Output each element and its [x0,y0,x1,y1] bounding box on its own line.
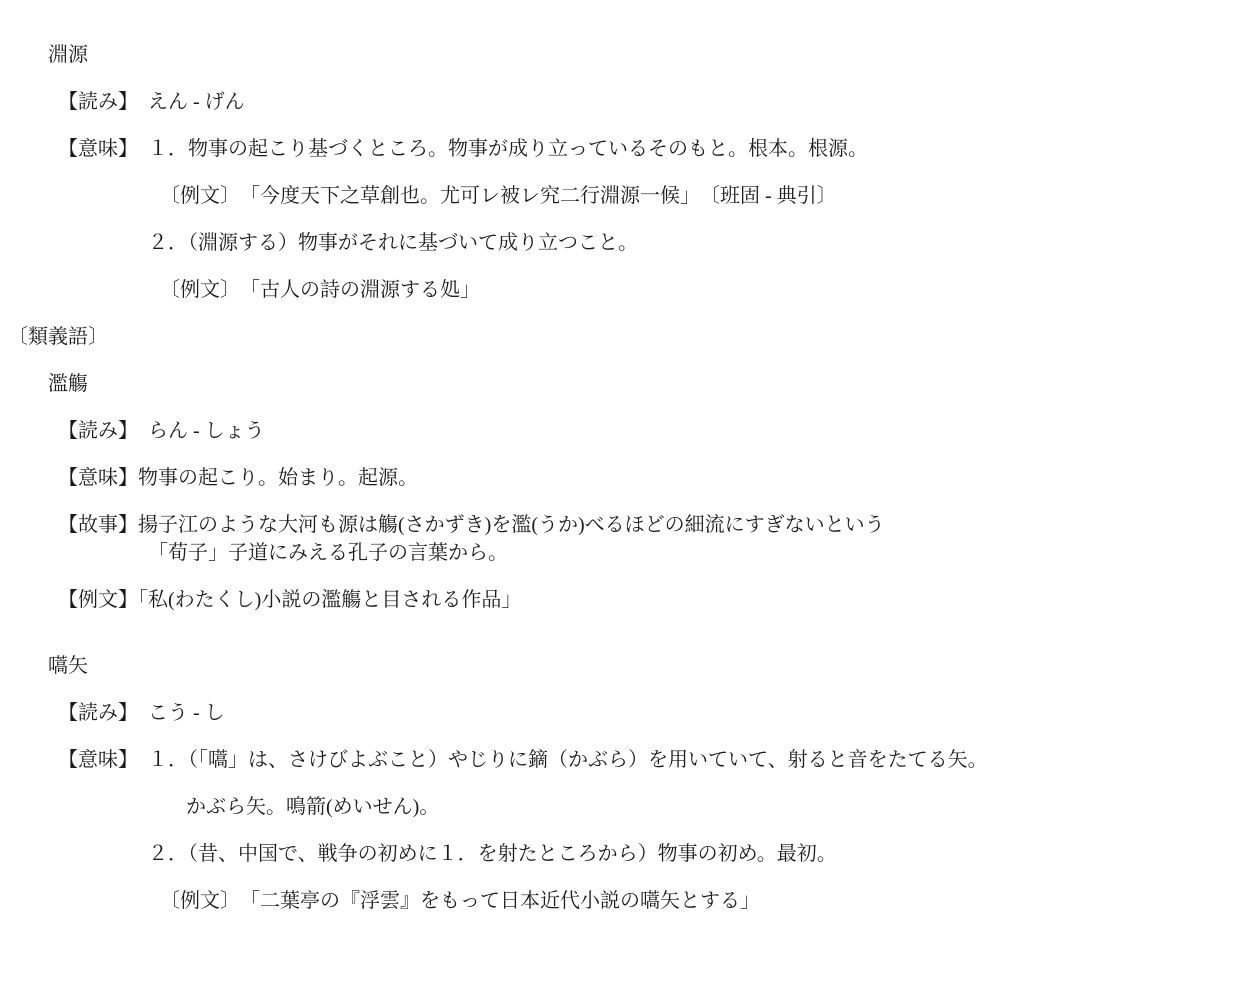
koshi-example-line: 〔例文〕 「二葉亭の『浮雲』をもって日本近代小説の嚆矢とする」 [0,888,1240,915]
dictionary-text: 淵源 【読み】 えん ‐ げん 【意味】 １．物事の起こり基づくところ。物事が成… [0,0,1240,915]
headword-engen: 淵源 [0,42,1240,69]
koshi-reading-line: 【読み】 こう ‐ し [0,700,1240,727]
headword-koshi: 嚆矢 [0,653,1240,680]
ransho-reading-line: 【読み】 らん ‐ しょう [0,418,1240,445]
koshi-meaning2-line: ２．（昔、中国で、戦争の初めに１．を射たところから）物事の初め。最初。 [0,841,1240,868]
engen-meaning2-line: ２．（淵源する）物事がそれに基づいて成り立つこと。 [0,230,1240,257]
ransho-koji-line2: 「荀子」子道にみえる孔子の言葉から。 [0,540,1240,567]
document-page: 淵源 【読み】 えん ‐ げん 【意味】 １．物事の起こり基づくところ。物事が成… [0,0,1240,990]
ransho-meaning-line: 【意味】物事の起こり。始まり。起源。 [0,465,1240,492]
engen-meaning1-line: 【意味】 １．物事の起こり基づくところ。物事が成り立っているそのもと。根本。根源… [0,136,1240,163]
ransho-example-line: 【例文】「私(わたくし)小説の濫觴と目される作品」 [0,587,1240,614]
synonym-section-header: 〔類義語〕 [0,324,1240,351]
ransho-koji-line1: 【故事】揚子江のような大河も源は觴(さかずき)を濫(うか)べるほどの細流にすぎな… [0,512,1240,539]
headword-ransho: 濫觴 [0,371,1240,398]
koshi-meaning1-line2: かぶら矢。鳴箭(めいせん)。 [0,794,1240,821]
koshi-meaning1-line1: 【意味】 １．（「嚆」は、さけびよぶこと）やじりに鏑（かぶら）を用いていて、射る… [0,747,1240,774]
engen-reading-line: 【読み】 えん ‐ げん [0,89,1240,116]
engen-example1-line: 〔例文〕 「今度天下之草創也。尤可レ被レ究二行淵源一候」 〔班固 ‐ 典引〕 [0,183,1240,210]
engen-example2-line: 〔例文〕 「古人の詩の淵源する処」 [0,277,1240,304]
